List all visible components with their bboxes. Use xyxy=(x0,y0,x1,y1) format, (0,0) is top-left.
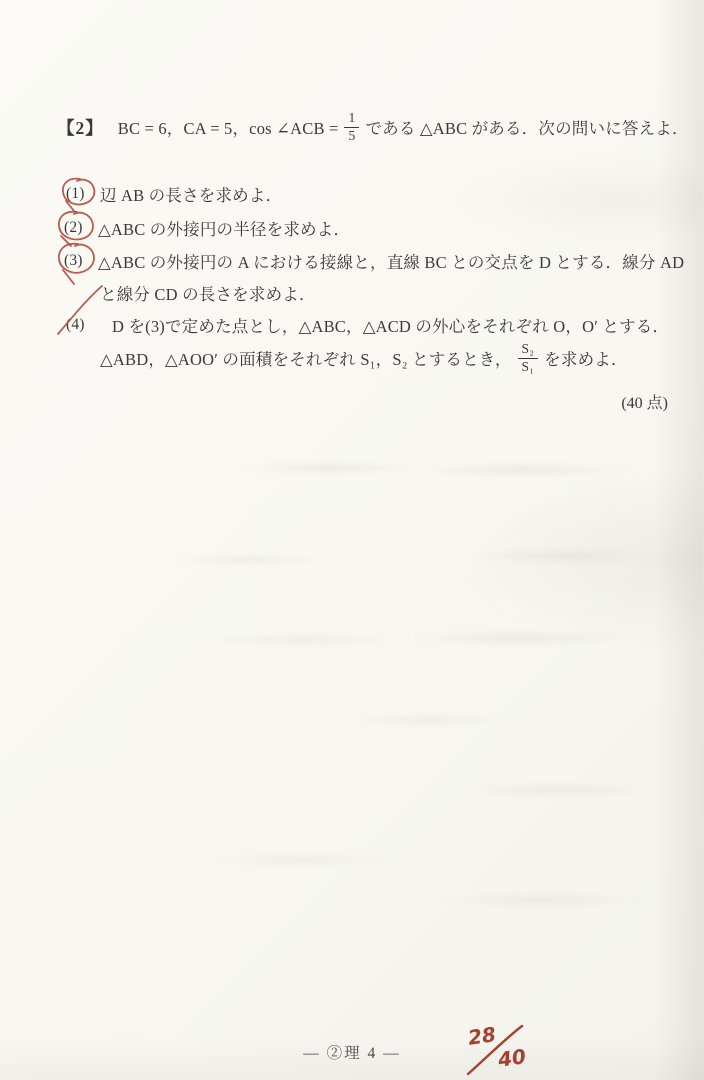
question-item-2: (2) △ABC の外接円の半径を求めよ． xyxy=(64,216,350,240)
item-4-fraction-denominator: S₁ xyxy=(522,359,535,374)
statement-post: である △ABC がある．次の問いに答えよ． xyxy=(365,115,688,139)
item-4-text-line1: D を(3)で定めた点とし，△ABC，△ACD の外心をそれぞれ O，O′ とす… xyxy=(112,313,669,337)
item-2-text: △ABC の外接円の半径を求めよ． xyxy=(98,216,350,240)
exam-page: 【2】 BC = 6，CA = 5，cos ∠ACB = 1 5 である △AB… xyxy=(0,0,704,1080)
item-1-text: 辺 AB の長さを求めよ． xyxy=(100,182,282,206)
statement-fraction: 1 5 xyxy=(344,111,359,142)
item-3-text-line2: と線分 CD の長さを求めよ． xyxy=(100,281,316,305)
page-showthrough-texture xyxy=(0,0,704,1080)
statement-pre: BC = 6，CA = 5，cos ∠ACB = xyxy=(118,115,339,139)
item-2-number: (2) xyxy=(64,219,98,237)
question-item-1: (1) 辺 AB の長さを求めよ． xyxy=(66,182,282,206)
item-4-line2-pre: △ABD，△AOO′ の面積をそれぞれ S₁，S₂ とするとき， xyxy=(100,346,512,370)
item-4-line2-post: を求めよ． xyxy=(544,346,628,370)
question-item-3: (3) △ABC の外接円の A における接線と，直線 BC との交点を D と… xyxy=(64,249,684,273)
fraction-denominator: 5 xyxy=(348,128,355,143)
item-3-number: (3) xyxy=(64,252,98,270)
item-4-fraction: S₂ S₁ xyxy=(518,342,539,373)
problem-statement: 【2】 BC = 6，CA = 5，cos ∠ACB = 1 5 である △AB… xyxy=(57,103,689,151)
item-4-text-line2: △ABD，△AOO′ の面積をそれぞれ S₁，S₂ とするとき， S₂ S₁ を… xyxy=(100,336,628,380)
item-1-number: (1) xyxy=(66,185,100,203)
question-item-4: (4) D を(3)で定めた点とし，△ABC，△ACD の外心をそれぞれ O，O… xyxy=(66,313,669,337)
page-footer-label: — ②理 4 — xyxy=(0,1041,704,1063)
problem-number: 【2】 xyxy=(57,115,104,140)
points-label: (40 点) xyxy=(621,390,668,413)
fraction-numerator: 1 xyxy=(344,111,359,127)
item-3-text-line1: △ABC の外接円の A における接線と，直線 BC との交点を D とする．線… xyxy=(98,249,684,273)
item-4-fraction-numerator: S₂ xyxy=(518,342,539,358)
item-4-number: (4) xyxy=(66,316,100,334)
